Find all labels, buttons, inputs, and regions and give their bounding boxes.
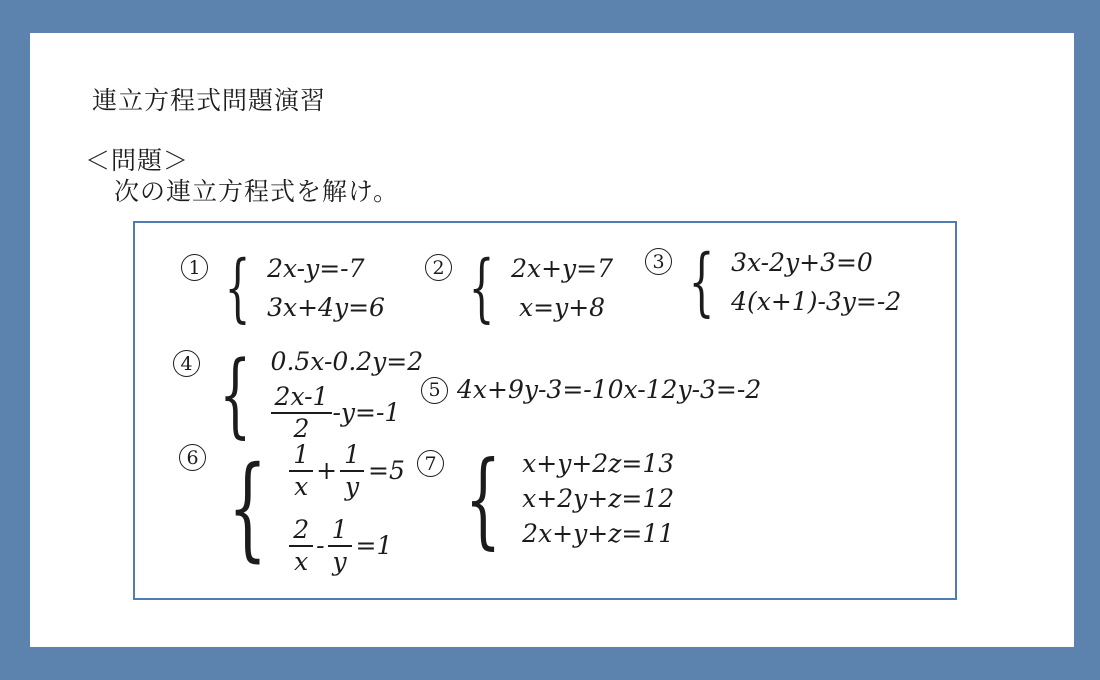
- slide-background: 連立方程式問題演習 ＜問題＞ 次の連立方程式を解け。 1 2x-y=-7 3x+…: [0, 0, 1100, 680]
- problems-box: 1 2x-y=-7 3x+4y=6 2 2x+y=7 x=y+8 3: [133, 221, 957, 600]
- brace-icon: [228, 452, 267, 564]
- worksheet-page: 連立方程式問題演習 ＜問題＞ 次の連立方程式を解け。 1 2x-y=-7 3x+…: [30, 33, 1074, 647]
- problem-6: 6 1 x + 1 y =5: [179, 441, 405, 575]
- equation-rhs: =5: [368, 456, 405, 486]
- fraction-denominator: x: [294, 472, 308, 501]
- equation: 3x+4y=6: [267, 293, 385, 323]
- instruction-text: 次の連立方程式を解け。: [114, 172, 399, 208]
- circled-number-7: 7: [417, 450, 444, 477]
- problem-7: 7 x+y+2z=13 x+2y+z=12 2x+y+z=11: [417, 447, 674, 551]
- circled-number-3: 3: [645, 248, 672, 275]
- equation: 2x+y+z=11: [522, 519, 674, 549]
- equation-suffix: -y=-1: [332, 398, 400, 428]
- circled-number-5: 5: [421, 377, 448, 404]
- fraction: 2x-1 2: [271, 383, 333, 442]
- fraction: 1 y: [340, 441, 364, 500]
- brace-icon: [465, 447, 501, 551]
- equation: 2 x - 1 y =1: [289, 516, 405, 575]
- problem-2: 2 2x+y=7 x=y+8: [425, 251, 613, 325]
- fraction-denominator: y: [345, 472, 359, 501]
- equation: x+y+2z=13: [522, 449, 674, 479]
- equation: 1 x + 1 y =5: [289, 441, 405, 500]
- circled-number-4: 4: [173, 350, 200, 377]
- brace-icon: [219, 349, 251, 441]
- fraction-denominator: 2: [294, 414, 310, 443]
- equation-group: 1 x + 1 y =5 2 x: [289, 441, 405, 575]
- page-title: 連立方程式問題演習: [92, 81, 326, 117]
- operator: -: [316, 531, 324, 561]
- fraction-numerator: 1: [289, 441, 313, 472]
- brace-icon: [469, 251, 495, 325]
- fraction-numerator: 2: [289, 516, 313, 547]
- equation-group: 4x+9y-3=-10x-12y-3=-2: [457, 375, 761, 405]
- equation: 2x-1 2 -y=-1: [271, 383, 424, 442]
- equation: 2x+y=7: [511, 254, 613, 284]
- fraction-numerator: 1: [328, 516, 352, 547]
- equation: 2x-y=-7: [267, 254, 385, 284]
- problem-4: 4 0.5x-0.2y=2 2x-1 2 -y=-1: [173, 347, 423, 442]
- fraction-denominator: y: [333, 547, 347, 576]
- problem-3: 3 3x-2y+3=0 4(x+1)-3y=-2: [645, 245, 901, 319]
- circled-number-1: 1: [181, 254, 208, 281]
- fraction-numerator: 2x-1: [271, 383, 333, 414]
- equation-group: 0.5x-0.2y=2 2x-1 2 -y=-1: [271, 347, 424, 442]
- equation-group: 3x-2y+3=0 4(x+1)-3y=-2: [731, 248, 901, 317]
- equation-group: 2x-y=-7 3x+4y=6: [267, 254, 385, 323]
- fraction: 1 y: [328, 516, 352, 575]
- fraction-denominator: x: [294, 547, 308, 576]
- operator: +: [316, 456, 337, 486]
- equation: 4x+9y-3=-10x-12y-3=-2: [457, 375, 761, 405]
- problem-5: 5 4x+9y-3=-10x-12y-3=-2: [421, 375, 761, 405]
- brace-icon: [225, 251, 251, 325]
- equation-group: x+y+2z=13 x+2y+z=12 2x+y+z=11: [522, 449, 674, 549]
- equation: 3x-2y+3=0: [731, 248, 901, 278]
- brace-icon: [689, 245, 715, 319]
- equation-group: 2x+y=7 x=y+8: [511, 254, 613, 323]
- circled-number-6: 6: [179, 444, 206, 471]
- circled-number-2: 2: [425, 254, 452, 281]
- fraction: 2 x: [289, 516, 313, 575]
- fraction: 1 x: [289, 441, 313, 500]
- equation: x+2y+z=12: [522, 484, 674, 514]
- equation-rhs: =1: [356, 531, 393, 561]
- equation: 4(x+1)-3y=-2: [731, 287, 901, 317]
- fraction-numerator: 1: [340, 441, 364, 472]
- equation: 0.5x-0.2y=2: [271, 347, 424, 377]
- problem-1: 1 2x-y=-7 3x+4y=6: [181, 251, 385, 325]
- equation: x=y+8: [519, 293, 605, 323]
